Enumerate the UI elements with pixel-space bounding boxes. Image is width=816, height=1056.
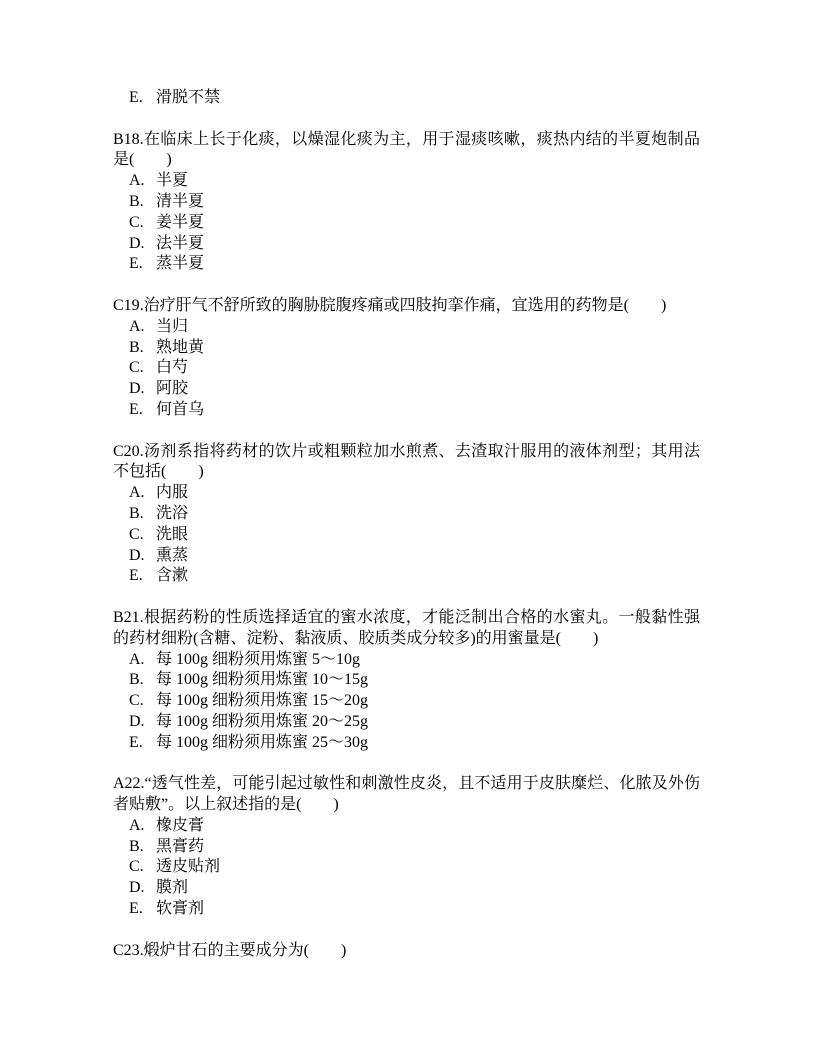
option-text: 内服 <box>156 483 700 504</box>
option-row: D. 阿胶 <box>129 379 700 400</box>
option-row: B. 熟地黄 <box>129 338 700 359</box>
option-row: B. 黑膏药 <box>129 837 700 858</box>
option-text: 熏蒸 <box>156 546 700 567</box>
option-text: 膜剂 <box>156 878 700 899</box>
option-row: D. 膜剂 <box>129 878 700 899</box>
option-text: 蒸半夏 <box>156 254 700 275</box>
option-row: A. 当归 <box>129 317 700 338</box>
option-letter: D. <box>129 379 156 400</box>
option-letter: E. <box>129 88 156 109</box>
option-row: E. 含漱 <box>129 566 700 587</box>
option-text: 软膏剂 <box>156 899 700 920</box>
option-text: 每 100g 细粉须用炼蜜 25～30g <box>156 733 700 754</box>
option-letter: E. <box>129 400 156 421</box>
option-letter: C. <box>129 857 156 878</box>
question-b21: B21.根据药粉的性质选择适宜的蜜水浓度，才能泛制出合格的水蜜丸。一般黏性强的药… <box>113 608 700 754</box>
option-letter: D. <box>129 712 156 733</box>
option-row: A. 橡皮膏 <box>129 816 700 837</box>
question-a22: A22.“透气性差，可能引起过敏性和刺激性皮炎，且不适用于皮肤糜烂、化脓及外伤者… <box>113 774 700 920</box>
option-row: E. 软膏剂 <box>129 899 700 920</box>
option-letter: E. <box>129 254 156 275</box>
option-letter: B. <box>129 670 156 691</box>
option-text: 熟地黄 <box>156 338 700 359</box>
option-letter: A. <box>129 483 156 504</box>
option-text: 每 100g 细粉须用炼蜜 15～20g <box>156 691 700 712</box>
option-row: D. 熏蒸 <box>129 546 700 567</box>
option-text: 洗眼 <box>156 525 700 546</box>
option-letter: A. <box>129 317 156 338</box>
option-row: C. 每 100g 细粉须用炼蜜 15～20g <box>129 691 700 712</box>
option-row: B. 洗浴 <box>129 504 700 525</box>
option-text: 橡皮膏 <box>156 816 700 837</box>
option-row: E. 每 100g 细粉须用炼蜜 25～30g <box>129 733 700 754</box>
leading-option-list: E. 滑脱不禁 <box>113 88 700 109</box>
option-letter: A. <box>129 171 156 192</box>
option-row: E. 蒸半夏 <box>129 254 700 275</box>
question-text: C20.汤剂系指将药材的饮片或粗颗粒加水煎煮、去渣取汁服用的液体剂型；其用法不包… <box>113 442 700 484</box>
option-letter: C. <box>129 525 156 546</box>
option-text: 何首乌 <box>156 400 700 421</box>
exam-document-page: E. 滑脱不禁 B18.在临床上长于化痰，以燥湿化痰为主，用于湿痰咳嗽，痰热内结… <box>0 0 816 1056</box>
question-text: A22.“透气性差，可能引起过敏性和刺激性皮炎，且不适用于皮肤糜烂、化脓及外伤者… <box>113 774 700 816</box>
option-text: 含漱 <box>156 566 700 587</box>
option-text: 每 100g 细粉须用炼蜜 5～10g <box>156 650 700 671</box>
option-letter: A. <box>129 816 156 837</box>
option-row: B. 每 100g 细粉须用炼蜜 10～15g <box>129 670 700 691</box>
option-text: 黑膏药 <box>156 837 700 858</box>
option-text: 白芍 <box>156 358 700 379</box>
option-letter: E. <box>129 899 156 920</box>
option-letter: D. <box>129 546 156 567</box>
option-letter: E. <box>129 733 156 754</box>
option-row: E. 滑脱不禁 <box>129 88 700 109</box>
option-row: A. 每 100g 细粉须用炼蜜 5～10g <box>129 650 700 671</box>
option-text: 姜半夏 <box>156 213 700 234</box>
option-row: E. 何首乌 <box>129 400 700 421</box>
option-text: 每 100g 细粉须用炼蜜 10～15g <box>156 670 700 691</box>
option-text: 法半夏 <box>156 234 700 255</box>
option-text: 滑脱不禁 <box>156 88 700 109</box>
question-text: B18.在临床上长于化痰，以燥湿化痰为主，用于湿痰咳嗽，痰热内结的半夏炮制品是(… <box>113 130 700 172</box>
option-letter: B. <box>129 837 156 858</box>
question-text: C19.治疗肝气不舒所致的胸胁脘腹疼痛或四肢拘挛作痛，宜选用的药物是( ) <box>113 296 700 317</box>
option-letter: D. <box>129 878 156 899</box>
option-row: B. 清半夏 <box>129 192 700 213</box>
option-text: 透皮贴剂 <box>156 857 700 878</box>
option-letter: C. <box>129 213 156 234</box>
option-row: A. 内服 <box>129 483 700 504</box>
option-text: 洗浴 <box>156 504 700 525</box>
option-text: 半夏 <box>156 171 700 192</box>
option-row: C. 白芍 <box>129 358 700 379</box>
option-letter: C. <box>129 691 156 712</box>
option-letter: B. <box>129 192 156 213</box>
option-text: 每 100g 细粉须用炼蜜 20～25g <box>156 712 700 733</box>
option-row: D. 法半夏 <box>129 234 700 255</box>
option-letter: A. <box>129 650 156 671</box>
option-row: C. 洗眼 <box>129 525 700 546</box>
question-text: C23.煅炉甘石的主要成分为( ) <box>113 941 700 962</box>
question-c19: C19.治疗肝气不舒所致的胸胁脘腹疼痛或四肢拘挛作痛，宜选用的药物是( ) A.… <box>113 296 700 421</box>
option-letter: D. <box>129 234 156 255</box>
option-row: C. 姜半夏 <box>129 213 700 234</box>
option-text: 阿胶 <box>156 379 700 400</box>
option-letter: E. <box>129 566 156 587</box>
question-b18: B18.在临床上长于化痰，以燥湿化痰为主，用于湿痰咳嗽，痰热内结的半夏炮制品是(… <box>113 130 700 276</box>
option-text: 清半夏 <box>156 192 700 213</box>
question-text: B21.根据药粉的性质选择适宜的蜜水浓度，才能泛制出合格的水蜜丸。一般黏性强的药… <box>113 608 700 650</box>
option-letter: B. <box>129 504 156 525</box>
option-text: 当归 <box>156 317 700 338</box>
option-letter: B. <box>129 338 156 359</box>
question-c20: C20.汤剂系指将药材的饮片或粗颗粒加水煎煮、去渣取汁服用的液体剂型；其用法不包… <box>113 442 700 588</box>
option-row: A. 半夏 <box>129 171 700 192</box>
question-c23: C23.煅炉甘石的主要成分为( ) <box>113 941 700 962</box>
option-row: D. 每 100g 细粉须用炼蜜 20～25g <box>129 712 700 733</box>
option-letter: C. <box>129 358 156 379</box>
option-row: C. 透皮贴剂 <box>129 857 700 878</box>
